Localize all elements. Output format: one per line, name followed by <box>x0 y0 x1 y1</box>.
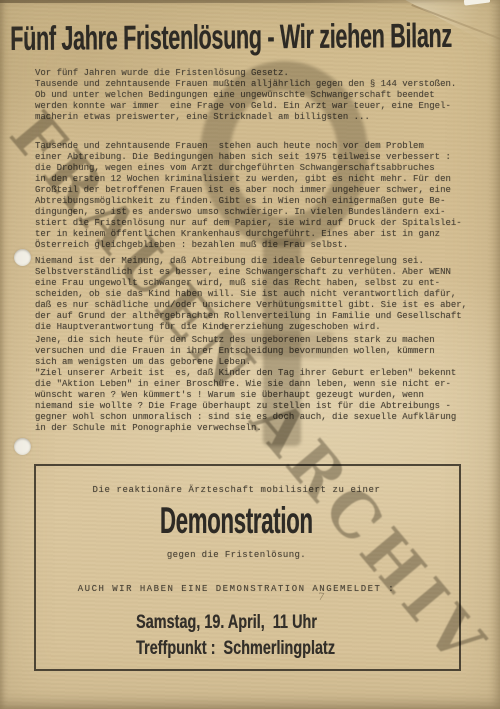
schedule-date-line: Samstag, 19. April, 11 Uhr <box>136 612 317 633</box>
punch-hole-bottom <box>14 438 31 455</box>
scanned-flyer-page: Fünf Jahre Fristenlösung - Wir ziehen Bi… <box>0 0 500 709</box>
body-paragraph-4: Jene, die sich heute für den Schutz des … <box>35 335 456 434</box>
demonstration-headline-wrap: Demonstration <box>25 502 448 540</box>
body-paragraph-2: Tausende und zehntausende Frauen stehen … <box>35 141 462 251</box>
body-paragraph-3: Niemand ist der Meinung, daß Abtreibung … <box>35 256 467 333</box>
punch-hole-top <box>14 249 31 266</box>
body-paragraph-1: Vor fünf Jahren wurde die Fristenlösung … <box>35 68 456 123</box>
box-announcement-line: AUCH WIR HABEN EINE DEMONSTRATION ANGEME… <box>25 584 448 594</box>
announcement-box: Die reaktionäre Ärzteschaft mobilisiert … <box>34 464 461 671</box>
demonstration-headline: Demonstration <box>160 502 313 540</box>
box-intro-line: Die reaktionäre Ärzteschaft mobilisiert … <box>25 485 448 495</box>
demo-schedule: Samstag, 19. April, 11 UhrTreffpunkt : S… <box>136 610 335 662</box>
box-subline: gegen die Fristenlösung. <box>25 550 448 560</box>
scan-edge-top <box>0 0 440 3</box>
page-title: Fünf Jahre Fristenlösung - Wir ziehen Bi… <box>10 18 452 57</box>
schedule-meeting-line: Treffpunkt : Schmerlingplatz <box>136 638 335 659</box>
